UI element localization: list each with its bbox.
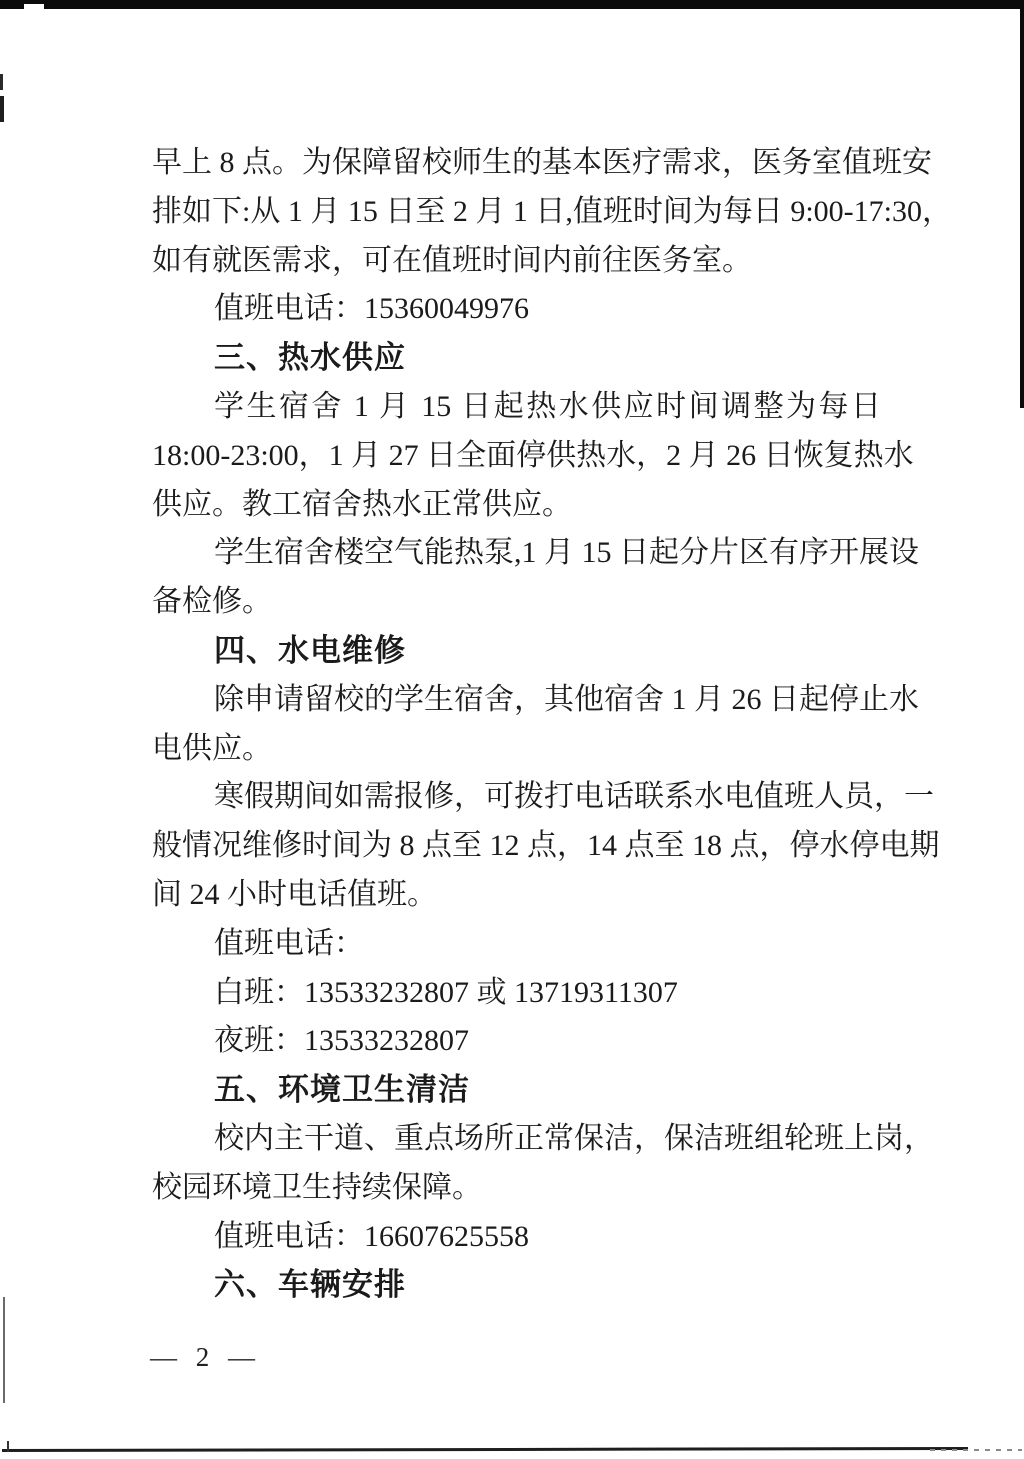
text-line: 寒假期间如需报修，可拨打电话联系水电值班人员，一 — [152, 773, 881, 822]
scan-edge-top-notch — [24, 4, 44, 9]
text-line: 备检修。 — [152, 578, 881, 627]
text-line: 排如下:从 1 月 15 日至 2 月 1 日,值班时间为每日 9:00-17:… — [152, 188, 881, 237]
text-line: 除申请留校的学生宿舍，其他宿舍 1 月 26 日起停止水 — [152, 676, 881, 725]
scan-edge-top-bar — [0, 0, 1024, 9]
scan-edge-right-bar — [1020, 0, 1024, 408]
text-line: 值班电话： — [152, 920, 881, 969]
scan-mark-left-1 — [0, 74, 3, 90]
text-line: 值班电话：16607625558 — [152, 1213, 881, 1262]
section-heading: 六、车辆安排 — [152, 1261, 881, 1310]
section-heading: 三、热水供应 — [152, 334, 881, 383]
text-line: 18:00-23:00，1 月 27 日全面停供热水，2 月 26 日恢复热水 — [152, 432, 881, 481]
scan-edge-bottom-line — [2, 1447, 968, 1452]
scan-edge-bottom-line-fade — [930, 1449, 1022, 1451]
scan-edge-bottom-tick — [7, 1441, 9, 1452]
document-body: 早上 8 点。为保障留校师生的基本医疗需求，医务室值班安排如下:从 1 月 15… — [152, 139, 881, 1310]
text-line: 夜班：13533232807 — [152, 1017, 881, 1066]
text-line: 值班电话：15360049976 — [152, 285, 881, 334]
section-heading: 四、水电维修 — [152, 627, 881, 676]
scan-mark-left-2 — [0, 96, 4, 122]
scan-left-vertical-line — [3, 1297, 5, 1403]
text-line: 早上 8 点。为保障留校师生的基本医疗需求，医务室值班安 — [152, 139, 881, 188]
page-number: — 2 — — [150, 1342, 261, 1373]
text-line: 校内主干道、重点场所正常保洁，保洁班组轮班上岗， — [152, 1115, 881, 1164]
text-line: 如有就医需求，可在值班时间内前往医务室。 — [152, 237, 881, 286]
text-line: 般情况维修时间为 8 点至 12 点，14 点至 18 点，停水停电期 — [152, 822, 881, 871]
text-line: 学生宿舍楼空气能热泵,1 月 15 日起分片区有序开展设 — [152, 529, 881, 578]
text-line: 学生宿舍 1 月 15 日起热水供应时间调整为每日 — [152, 383, 881, 432]
text-line: 校园环境卫生持续保障。 — [152, 1164, 881, 1213]
text-line: 供应。教工宿舍热水正常供应。 — [152, 481, 881, 530]
text-line: 电供应。 — [152, 725, 881, 774]
text-line: 间 24 小时电话值班。 — [152, 871, 881, 920]
text-line: 白班：13533232807 或 13719311307 — [152, 969, 881, 1018]
section-heading: 五、环境卫生清洁 — [152, 1066, 881, 1115]
